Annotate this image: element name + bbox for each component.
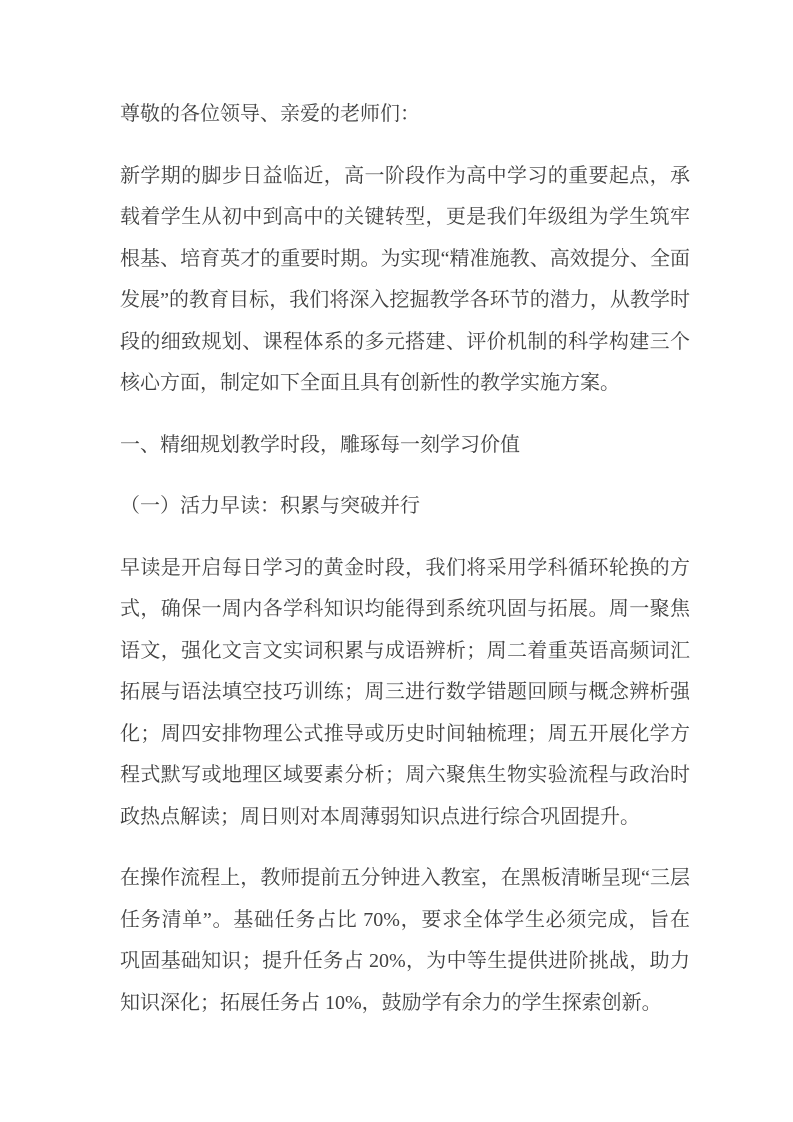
salutation-line: 尊敬的各位领导、亲爱的老师们：	[120, 94, 690, 136]
document-body: 尊敬的各位领导、亲爱的老师们： 新学期的脚步日益临近，高一阶段作为高中学习的重要…	[120, 94, 690, 1024]
intro-paragraph: 新学期的脚步日益临近，高一阶段作为高中学习的重要起点，承载着学生从初中到高中的关…	[120, 156, 690, 405]
document-page: 尊敬的各位领导、亲爱的老师们： 新学期的脚步日益临近，高一阶段作为高中学习的重要…	[0, 0, 793, 1122]
subsection-heading-1-1: （一）活力早读：积累与突破并行	[120, 486, 690, 528]
task-list-paragraph: 在操作流程上，教师提前五分钟进入教室，在黑板清晰呈现“三层任务清单”。基础任务占…	[120, 858, 690, 1024]
morning-reading-paragraph: 早读是开启每日学习的黄金时段，我们将采用学科循环轮换的方式，确保一周内各学科知识…	[120, 548, 690, 839]
section-heading-1: 一、精细规划教学时段，雕琢每一刻学习价值	[120, 425, 690, 467]
